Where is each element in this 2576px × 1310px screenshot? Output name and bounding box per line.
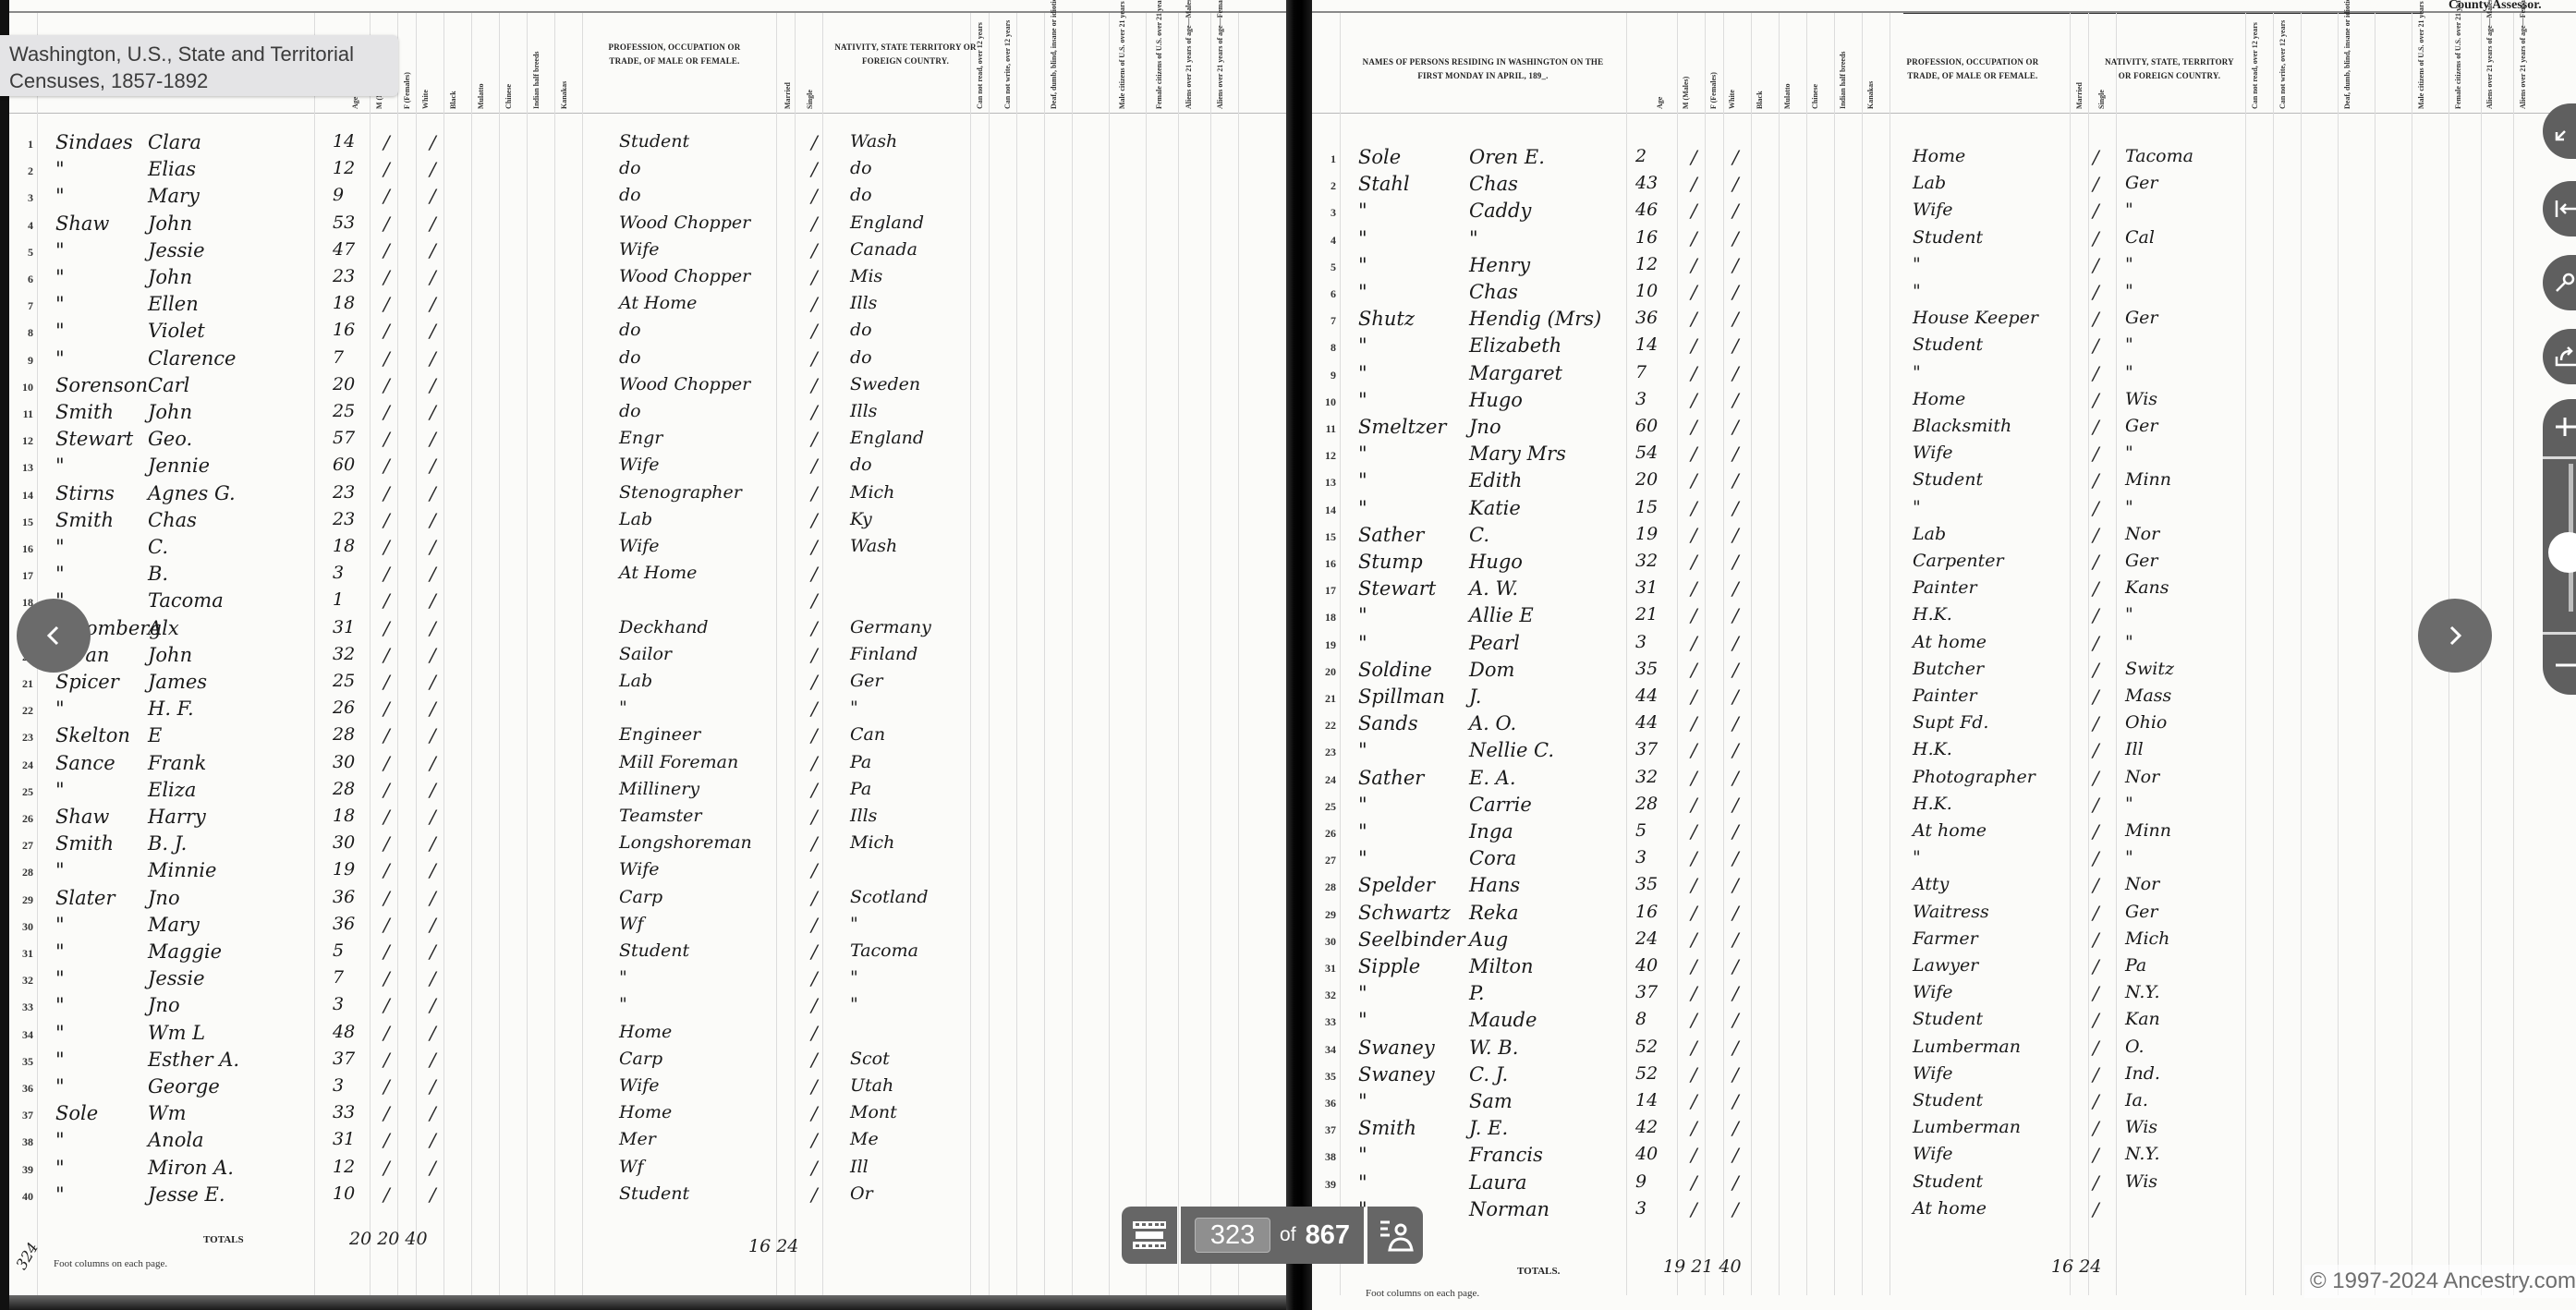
- census-row: 3"Mary9//do/do: [9, 183, 1284, 210]
- surname: ": [1358, 227, 1367, 249]
- occupation: Student: [1913, 334, 1983, 355]
- marital-mark: /: [811, 887, 818, 909]
- nativity: Wash: [850, 536, 897, 556]
- nativity: Ills: [850, 401, 877, 421]
- marital-mark: /: [811, 697, 818, 720]
- census-row: 31"Maggie5//Student/Tacoma: [9, 939, 1284, 965]
- marital-mark: /: [2093, 254, 2099, 276]
- totals-values: 19 21 40: [1663, 1256, 1742, 1277]
- index-person-icon: [1377, 1217, 1414, 1254]
- race-mark: /: [1732, 227, 1739, 249]
- nativity: Kan: [2125, 1009, 2160, 1029]
- race-mark: /: [430, 914, 436, 936]
- given-name: Jennie: [148, 455, 210, 477]
- age: 16: [1635, 902, 1658, 922]
- vertical-column-header: Black: [1756, 26, 1764, 109]
- census-row: 33"Jno3//"/": [9, 992, 1284, 1019]
- nativity: ": [2125, 632, 2133, 652]
- occupation: Lab: [1913, 173, 1946, 193]
- census-row: 39"Laura9//Student/Wis: [1312, 1170, 2550, 1196]
- sex-mark: /: [383, 1022, 390, 1044]
- surname: ": [55, 697, 65, 720]
- given-name: C.: [1469, 524, 1489, 546]
- age: 52: [1635, 1037, 1658, 1057]
- surname: Sance: [55, 752, 115, 774]
- age: 44: [1635, 712, 1658, 733]
- given-name: Hugo: [1469, 389, 1523, 411]
- age: 31: [333, 1129, 355, 1149]
- sex-mark: /: [1691, 362, 1697, 384]
- surname: Spillman: [1358, 685, 1445, 708]
- surname: ": [1358, 1009, 1367, 1031]
- marital-mark: /: [2093, 794, 2099, 816]
- age: 14: [1635, 1090, 1658, 1110]
- occupation: Home: [619, 1022, 672, 1042]
- line-number: 28: [1312, 880, 1336, 894]
- census-row: 18"Tacoma1///: [9, 588, 1284, 614]
- sex-mark: /: [1691, 847, 1697, 869]
- given-name: Tacoma: [148, 589, 224, 612]
- line-number: 24: [1312, 773, 1336, 787]
- nativity: Ger: [2125, 308, 2158, 328]
- nativity: N.Y.: [2125, 1144, 2160, 1164]
- sex-mark: /: [383, 617, 390, 639]
- sex-mark: /: [383, 401, 390, 423]
- line-number: 38: [1312, 1150, 1336, 1164]
- surname: Soldine: [1358, 659, 1432, 681]
- marital-mark: /: [2093, 469, 2099, 491]
- given-name: Mary: [148, 185, 200, 207]
- census-row: 29SlaterJno36//Carp/Scotland: [9, 885, 1284, 912]
- occupation: Engr: [619, 428, 662, 448]
- nativity: Nor: [2125, 767, 2159, 787]
- nativity-column-header: Nativity, State, Territory or Foreign Co…: [2105, 55, 2234, 83]
- given-name: Jno: [1469, 416, 1501, 438]
- surname: Shaw: [55, 806, 109, 828]
- given-name: Geo.: [148, 428, 192, 450]
- census-row: 30"Mary36//Wf/": [9, 912, 1284, 939]
- race-mark: /: [1732, 524, 1739, 546]
- vertical-column-header: Male citizens of U.S. over 21 years of a…: [1118, 26, 1126, 109]
- census-row: 9"Margaret7//"/": [1312, 360, 2550, 387]
- race-mark: /: [430, 455, 436, 477]
- surname: ": [1358, 389, 1367, 411]
- fullscreen-button[interactable]: [2543, 103, 2576, 159]
- nativity: ": [850, 967, 858, 988]
- occupation: ": [1913, 254, 1921, 274]
- census-row: 20SwanJohn32//Sailor/Finland: [9, 642, 1284, 669]
- marital-mark: /: [2093, 389, 2099, 411]
- race-mark: /: [1732, 712, 1739, 734]
- page-number-input[interactable]: 323: [1195, 1218, 1270, 1253]
- age: 33: [333, 1102, 355, 1122]
- nativity: Minn: [2125, 469, 2171, 490]
- race-mark: /: [1732, 767, 1739, 789]
- nativity: Wis: [2125, 1117, 2157, 1137]
- census-row: 19"Pearl3//At home/": [1312, 630, 2550, 657]
- race-mark: /: [1732, 739, 1739, 761]
- sex-mark: /: [1691, 1009, 1697, 1031]
- age: 26: [333, 697, 355, 718]
- surname: ": [55, 266, 65, 288]
- given-name: Oren E.: [1469, 146, 1545, 168]
- given-name: John: [148, 401, 192, 423]
- census-row: 4""16//Student/Cal: [1312, 225, 2550, 252]
- line-number: 35: [1312, 1070, 1336, 1084]
- census-row: 34SwaneyW. B.52//Lumberman/O.: [1312, 1035, 2550, 1061]
- given-name: Caddy: [1469, 200, 1531, 222]
- surname: Skelton: [55, 724, 130, 746]
- age: 20: [1635, 469, 1658, 490]
- line-number: 6: [1312, 287, 1336, 301]
- surname: Sole: [55, 1102, 98, 1124]
- sex-mark: /: [383, 859, 390, 881]
- race-mark: /: [430, 536, 436, 558]
- sex-mark: /: [1691, 902, 1697, 924]
- nativity: ": [2125, 334, 2133, 355]
- save-button[interactable]: [2543, 329, 2576, 384]
- marital-mark: /: [2093, 1090, 2099, 1112]
- collection-title-tooltip: Washington, U.S., State and Territorial …: [0, 35, 398, 96]
- surname: Swaney: [1358, 1063, 1435, 1086]
- surname: ": [55, 1075, 65, 1098]
- occupation: Lumberman: [1913, 1117, 2021, 1137]
- marital-mark: /: [811, 589, 818, 612]
- sex-mark: /: [1691, 982, 1697, 1004]
- line-number: 14: [9, 489, 33, 503]
- census-row: 30SeelbinderAug24//Farmer/Mich: [1312, 927, 2550, 953]
- given-name: Elizabeth: [1469, 334, 1561, 357]
- line-number: 10: [9, 381, 33, 394]
- race-mark: /: [430, 752, 436, 774]
- sex-mark: /: [1691, 469, 1697, 491]
- given-name: Hans: [1469, 874, 1520, 896]
- sex-mark: /: [383, 1129, 390, 1151]
- census-row: 12"Mary Mrs54//Wife/": [1312, 441, 2550, 467]
- nativity: Wis: [2125, 389, 2157, 409]
- race-mark: /: [430, 1075, 436, 1098]
- nativity: Ger: [2125, 173, 2158, 193]
- vertical-column-header: Indian half breeds: [532, 26, 541, 109]
- vertical-column-header: Age: [1656, 26, 1664, 109]
- census-row: 34"Wm L48//Home/: [9, 1020, 1284, 1047]
- given-name: J. E.: [1469, 1117, 1508, 1139]
- given-name: C.: [148, 536, 168, 558]
- occupation: Wood Chopper: [619, 266, 750, 286]
- census-row: 32"Jessie7//"/": [9, 965, 1284, 992]
- previous-image-button[interactable]: [17, 599, 91, 673]
- sex-mark: /: [1691, 254, 1697, 276]
- marital-mark: /: [2093, 955, 2099, 977]
- nativity: ": [2125, 443, 2133, 463]
- census-row: 20SoldineDom35//Butcher/Switz: [1312, 657, 2550, 684]
- sex-mark: /: [383, 644, 390, 666]
- surname: ": [55, 1022, 65, 1044]
- sex-mark: /: [1691, 685, 1697, 708]
- given-name: Hendig (Mrs): [1469, 308, 1601, 330]
- census-row: 10SorensonCarl20//Wood Chopper/Sweden: [9, 372, 1284, 399]
- given-name: C. J.: [1469, 1063, 1508, 1086]
- nativity: O.: [2125, 1037, 2145, 1057]
- occupation: ": [619, 697, 627, 718]
- census-row: 38"Anola31//Mer/Me: [9, 1127, 1284, 1154]
- race-mark: /: [1732, 982, 1739, 1004]
- line-number: 11: [1312, 422, 1336, 436]
- sex-mark: /: [383, 185, 390, 207]
- race-mark: /: [1732, 281, 1739, 303]
- given-name: Aug: [1469, 928, 1508, 951]
- occupation: Wood Chopper: [619, 374, 750, 394]
- age: 12: [1635, 254, 1658, 274]
- age: 10: [1635, 281, 1658, 301]
- line-number: 15: [1312, 530, 1336, 544]
- sex-mark: /: [383, 724, 390, 746]
- census-row: 4ShawJohn53//Wood Chopper/England: [9, 211, 1284, 237]
- surname: ": [1358, 1090, 1367, 1112]
- race-mark: /: [1732, 1198, 1739, 1220]
- line-number: 1: [9, 138, 33, 152]
- census-row: 11SmeltzerJno60//Blacksmith/Ger: [1312, 414, 2550, 441]
- given-name: Sam: [1469, 1090, 1513, 1112]
- age: 18: [333, 806, 355, 826]
- sex-mark: /: [1691, 767, 1697, 789]
- age: 7: [1635, 362, 1646, 382]
- census-row: 5"Jessie47//Wife/Canada: [9, 237, 1284, 264]
- line-number: 33: [1312, 1015, 1336, 1029]
- line-number: 32: [1312, 989, 1336, 1002]
- given-name: Frank: [148, 752, 206, 774]
- vertical-column-header: Single: [2097, 26, 2106, 109]
- sex-mark: /: [1691, 577, 1697, 600]
- image-viewer[interactable]: Profession, Occupation or Trade, of Male…: [0, 0, 2576, 1310]
- sex-mark: /: [1691, 173, 1697, 195]
- race-mark: /: [430, 374, 436, 396]
- nativity: Cal: [2125, 227, 2155, 248]
- surname: ": [55, 536, 65, 558]
- occupation: Student: [1913, 469, 1983, 490]
- line-number: 12: [1312, 449, 1336, 463]
- sex-mark: /: [383, 212, 390, 235]
- census-row: 36"George3//Wife/Utah: [9, 1073, 1284, 1100]
- race-mark: /: [430, 563, 436, 585]
- race-mark: /: [430, 320, 436, 342]
- occupation: ": [1913, 497, 1921, 517]
- line-number: 8: [9, 326, 33, 340]
- surname: Sindaes: [55, 131, 133, 153]
- sex-mark: /: [1691, 1144, 1697, 1166]
- census-row: 32"P.37//Wife/N.Y.: [1312, 980, 2550, 1007]
- age: 19: [1635, 524, 1658, 544]
- marital-mark: /: [811, 482, 818, 504]
- given-name: Eliza: [148, 779, 196, 801]
- occupation: ": [1913, 847, 1921, 867]
- line-number: 26: [1312, 827, 1336, 841]
- census-row: 23SkeltonE28//Engineer/Can: [9, 722, 1284, 749]
- marital-mark: /: [811, 1183, 818, 1206]
- page-bottom-edge: [9, 1295, 1286, 1310]
- line-number: 34: [9, 1028, 33, 1042]
- age: 37: [1635, 982, 1658, 1002]
- nativity-column-header: Nativity, State Territory or Foreign Cou…: [832, 41, 979, 68]
- zoom-out-icon[interactable]: [2554, 654, 2576, 676]
- surname: Smith: [1358, 1117, 1416, 1139]
- surname: Smith: [55, 401, 114, 423]
- race-mark: /: [1732, 1171, 1739, 1194]
- line-number: 34: [1312, 1043, 1336, 1057]
- census-row: 15SmithChas23//Lab/Ky: [9, 507, 1284, 534]
- occupation: do: [619, 347, 641, 368]
- given-name: James: [148, 671, 207, 693]
- sex-mark: /: [383, 1157, 390, 1179]
- marital-mark: /: [811, 967, 818, 989]
- zoom-slider-handle[interactable]: [2548, 532, 2576, 573]
- sex-mark: /: [1691, 712, 1697, 734]
- line-number: 40: [9, 1190, 33, 1204]
- age: 28: [333, 779, 355, 799]
- age: 52: [1635, 1063, 1658, 1084]
- age: 18: [333, 536, 355, 556]
- marital-mark: /: [811, 428, 818, 450]
- occupation: Wife: [1913, 1144, 1953, 1164]
- given-name: B.: [148, 563, 168, 585]
- age: 23: [333, 482, 355, 503]
- race-mark: /: [430, 671, 436, 693]
- race-mark: /: [430, 1022, 436, 1044]
- nativity: do: [850, 158, 872, 178]
- census-row: 2"Elias12//do/do: [9, 156, 1284, 183]
- filmstrip-button[interactable]: [1122, 1207, 1177, 1264]
- surname: Stewart: [1358, 577, 1436, 600]
- occupation: do: [619, 185, 641, 205]
- census-page-left: Profession, Occupation or Trade, of Male…: [0, 0, 1286, 1310]
- occupation: Carp: [619, 1049, 662, 1069]
- marital-mark: /: [811, 293, 818, 315]
- nativity: do: [850, 185, 872, 205]
- census-row: 21SpicerJames25//Lab/Ger: [9, 669, 1284, 696]
- vertical-column-header: Can not read, over 12 years: [976, 26, 984, 109]
- age: 3: [333, 1075, 344, 1096]
- given-name: A. W.: [1469, 577, 1518, 600]
- vertical-column-header: F (Females): [1709, 26, 1718, 109]
- race-mark: /: [1732, 928, 1739, 951]
- sex-mark: /: [383, 347, 390, 370]
- race-mark: /: [1732, 254, 1739, 276]
- occupation: At home: [1913, 632, 1987, 652]
- sex-mark: /: [1691, 659, 1697, 681]
- surname: ": [1358, 604, 1367, 626]
- line-number: 7: [1312, 314, 1336, 328]
- marital-mark: /: [2093, 308, 2099, 330]
- next-image-button[interactable]: [2418, 599, 2492, 673]
- race-mark: /: [1732, 794, 1739, 816]
- sex-mark: /: [383, 887, 390, 909]
- sex-mark: /: [383, 1183, 390, 1206]
- occupation: ": [1913, 281, 1921, 301]
- race-mark: /: [1732, 632, 1739, 654]
- given-name: Henry: [1469, 254, 1530, 276]
- nativity: Tacoma: [850, 940, 918, 961]
- surname: Stump: [1358, 551, 1423, 573]
- race-mark: /: [1732, 497, 1739, 519]
- collapse-panel-button[interactable]: [2543, 181, 2576, 237]
- vertical-column-header: Kanakas: [1866, 26, 1875, 109]
- occupation: At Home: [619, 293, 697, 313]
- totals-values: 20 20 40: [349, 1229, 428, 1249]
- marital-mark: /: [811, 724, 818, 746]
- race-mark: /: [430, 293, 436, 315]
- occupation: Wife: [619, 455, 660, 475]
- given-name: Francis: [1469, 1144, 1543, 1166]
- census-row: 24SanceFrank30//Mill Foreman/Pa: [9, 750, 1284, 777]
- line-number: 32: [9, 974, 33, 988]
- occupation: Wife: [1913, 1063, 1953, 1084]
- nativity: Mich: [2125, 928, 2169, 949]
- marital-mark: /: [2093, 820, 2099, 843]
- marital-mark: /: [811, 806, 818, 828]
- nativity: Pa: [2125, 955, 2146, 976]
- nativity: Mich: [850, 832, 894, 853]
- line-number: 39: [1312, 1178, 1336, 1192]
- sex-mark: /: [1691, 281, 1697, 303]
- nativity: do: [850, 455, 872, 475]
- nativity: Or: [850, 1183, 873, 1204]
- age: 7: [333, 967, 344, 988]
- vertical-column-header: Married: [2075, 26, 2084, 109]
- sex-mark: /: [383, 1102, 390, 1124]
- index-panel-button[interactable]: [1367, 1207, 1423, 1264]
- age: 14: [333, 131, 355, 152]
- tools-button[interactable]: [2543, 255, 2576, 310]
- race-mark: /: [430, 617, 436, 639]
- age: 25: [333, 401, 355, 421]
- surname: ": [55, 1049, 65, 1071]
- race-mark: /: [430, 697, 436, 720]
- given-name: Wm: [148, 1102, 187, 1124]
- vertical-column-header: Aliens over 21 years of age—Females: [2519, 26, 2527, 109]
- occupation: do: [619, 320, 641, 340]
- sex-mark: /: [1691, 334, 1697, 357]
- marital-mark: /: [2093, 1037, 2099, 1059]
- nativity: ": [2125, 847, 2133, 867]
- race-mark: /: [430, 589, 436, 612]
- nativity: Germany: [850, 617, 931, 637]
- surname: Smith: [55, 832, 114, 855]
- census-row: 28"Minnie19//Wife/: [9, 857, 1284, 884]
- sex-mark: /: [1691, 443, 1697, 465]
- race-mark: /: [430, 266, 436, 288]
- surname: ": [1358, 1144, 1367, 1166]
- census-row: 16"C.18//Wife/Wash: [9, 534, 1284, 561]
- surname: Sands: [1358, 712, 1418, 734]
- census-row: 12StewartGeo.57//Engr/England: [9, 426, 1284, 453]
- occupation: Student: [1913, 1171, 1983, 1192]
- surname: ": [55, 158, 65, 180]
- line-number: 16: [9, 542, 33, 556]
- race-mark: /: [1732, 146, 1739, 168]
- sex-mark: /: [1691, 794, 1697, 816]
- nativity: Pa: [850, 752, 871, 772]
- given-name: Carrie: [1469, 794, 1532, 816]
- age: 60: [333, 455, 355, 475]
- line-number: 26: [9, 812, 33, 826]
- zoom-in-icon[interactable]: [2554, 416, 2576, 438]
- nativity: Ger: [2125, 902, 2158, 922]
- marital-mark: /: [811, 1075, 818, 1098]
- race-mark: /: [1732, 469, 1739, 491]
- surname: Sorenson: [55, 374, 148, 396]
- sex-mark: /: [1691, 632, 1697, 654]
- sex-mark: /: [1691, 1171, 1697, 1194]
